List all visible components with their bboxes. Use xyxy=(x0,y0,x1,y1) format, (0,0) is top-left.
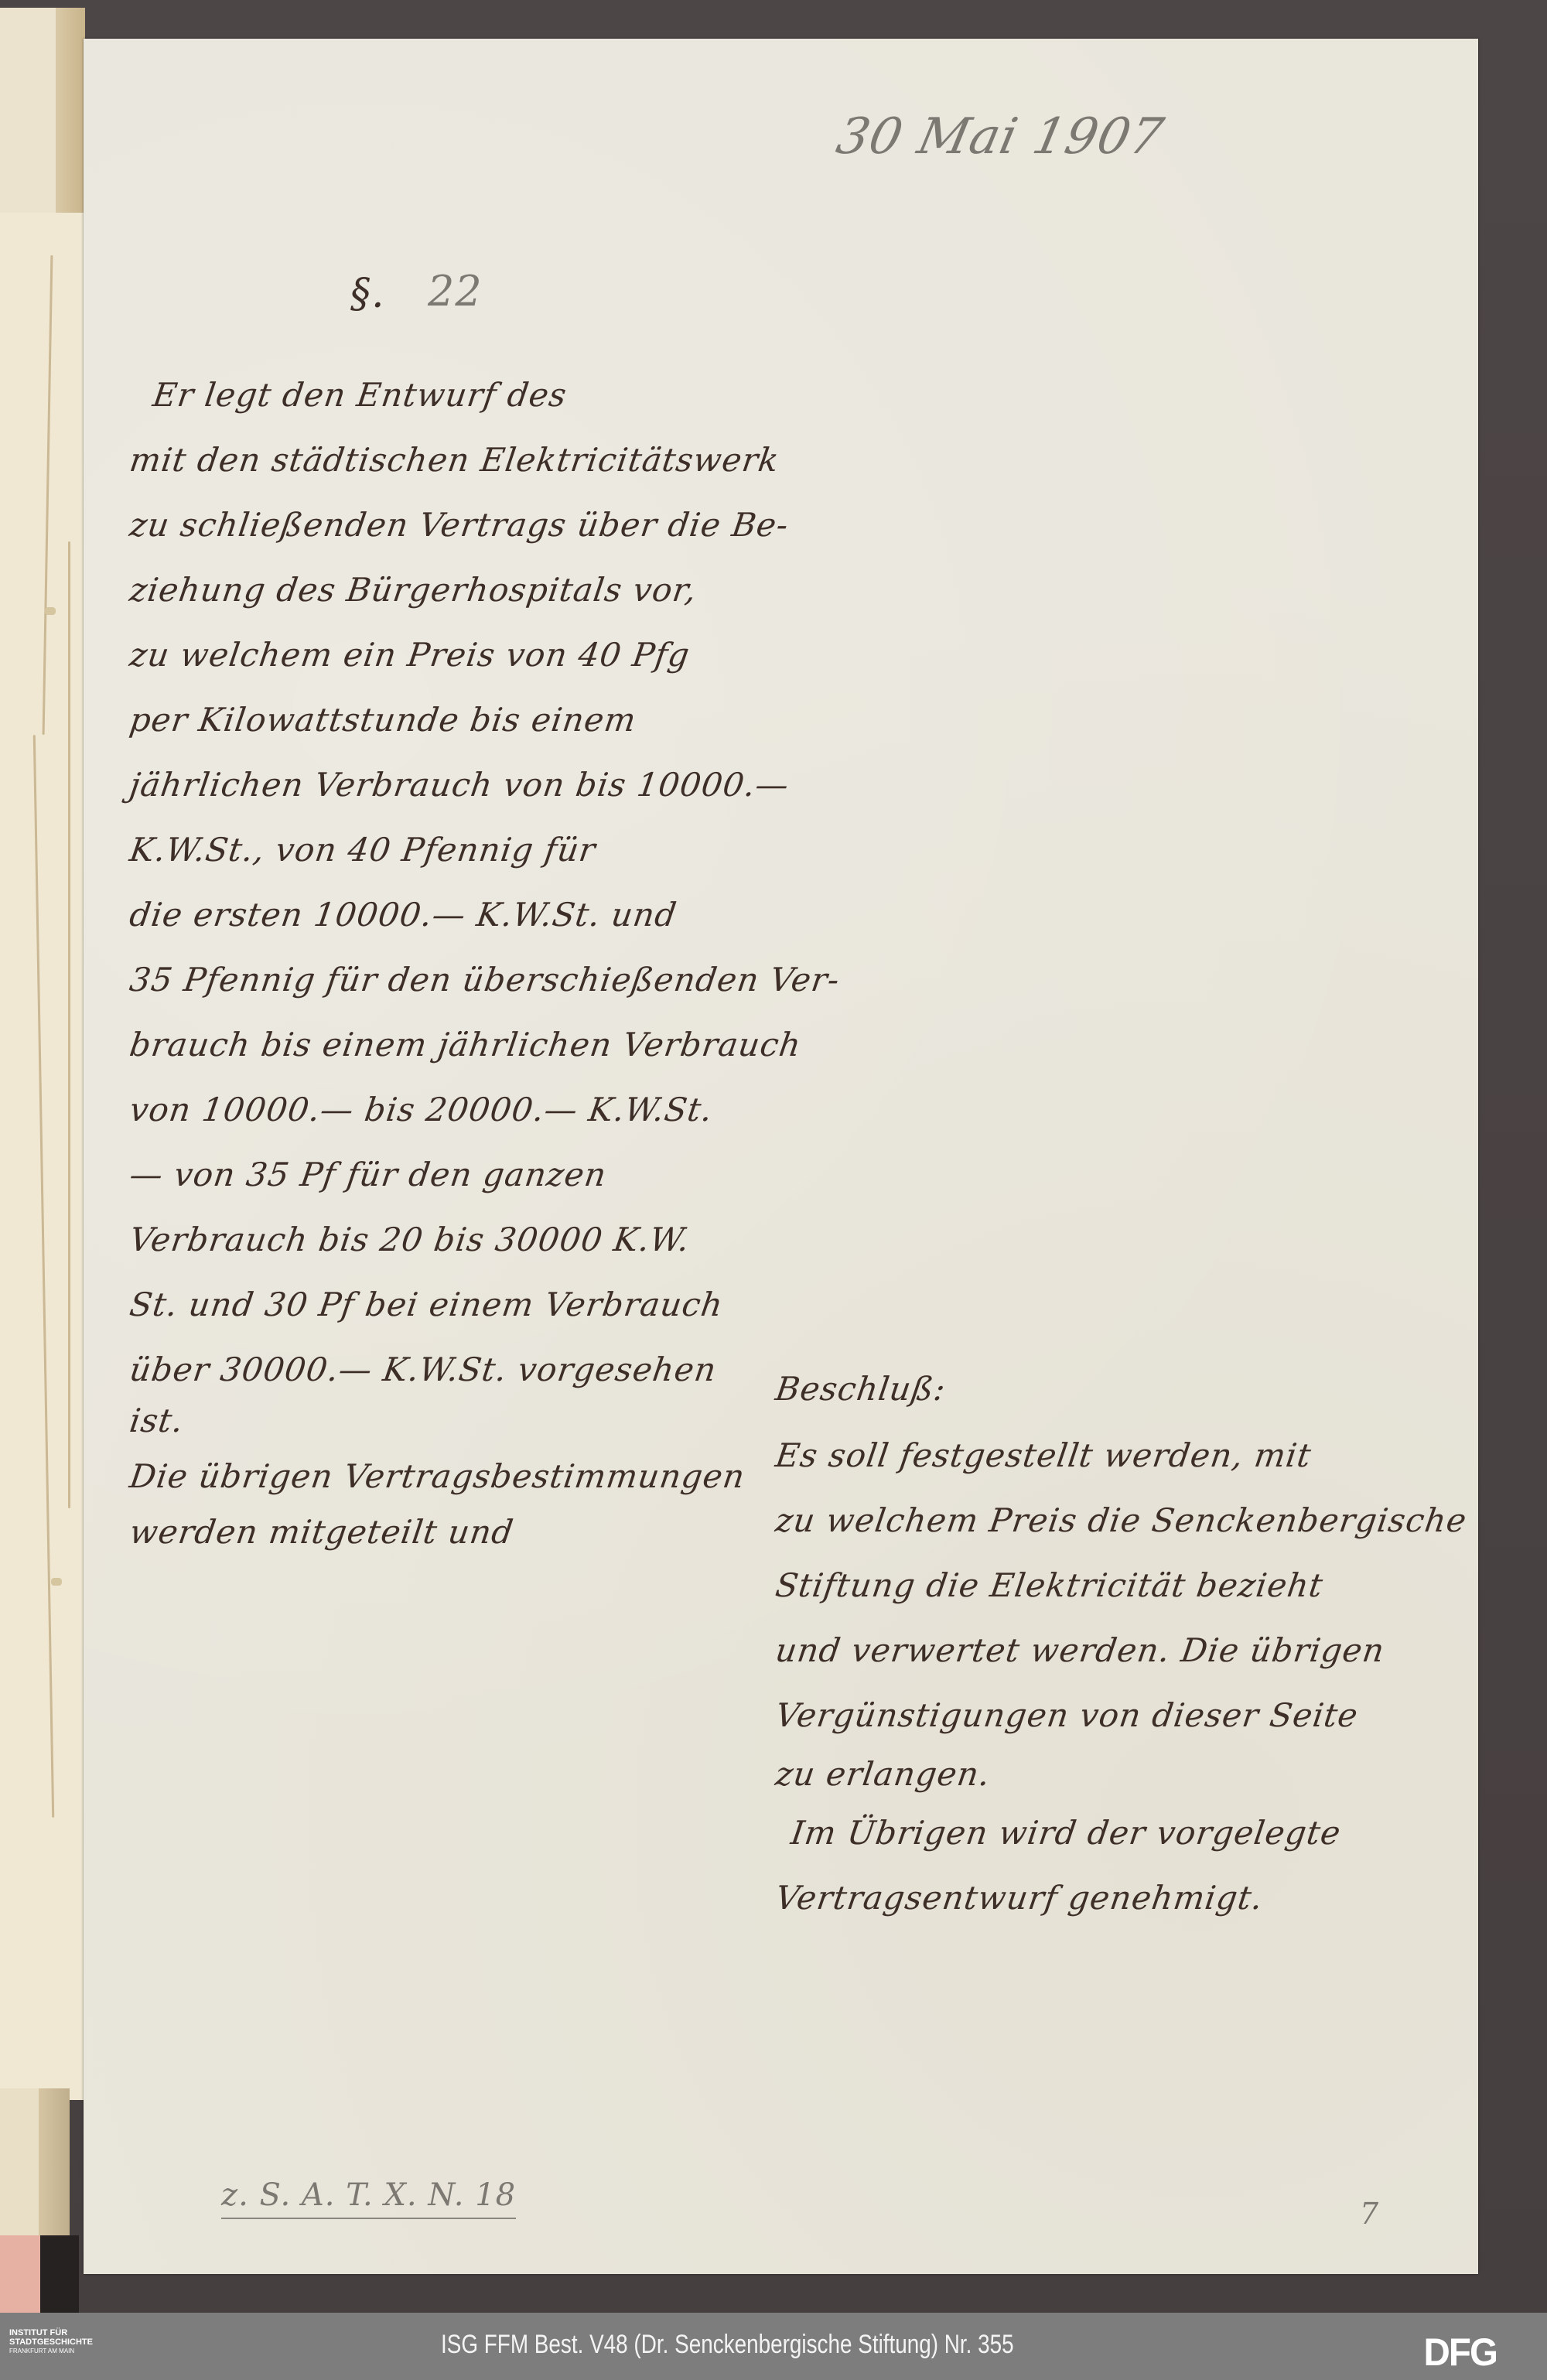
text-line: die ersten 10000.— K.W.St. und xyxy=(127,891,830,939)
institution-line-1: INSTITUT FÜR xyxy=(9,2328,93,2337)
section-marker: §. xyxy=(350,271,385,317)
text-line: über 30000.— K.W.St. vorgesehen xyxy=(127,1346,830,1394)
resolution-line: Im Übrigen wird der vorgelegte xyxy=(788,1809,1491,1857)
text-line: jährlichen Verbrauch von bis 10000.— xyxy=(127,761,830,809)
archive-note: z. S. A. T. X. N. 18 xyxy=(221,2177,516,2219)
text-line: — von 35 Pf für den ganzen xyxy=(127,1151,830,1199)
folio-number: 7 xyxy=(1360,2197,1379,2231)
pink-tab xyxy=(0,2235,40,2313)
resolution-heading: Beschluß: xyxy=(773,1365,1491,1413)
dfg-logo-icon: DFG xyxy=(1423,2330,1497,2375)
institution-logo: INSTITUT FÜR STADTGESCHICHTE FRANKFURT A… xyxy=(9,2328,93,2356)
text-line: ist. xyxy=(127,1397,830,1445)
text-line: zu schließenden Vertrags über die Be- xyxy=(127,501,830,549)
resolution-line: zu erlangen. xyxy=(773,1750,1491,1798)
binding-knot xyxy=(45,607,56,615)
section-number: 22 xyxy=(428,267,483,316)
text-line: mit den städtischen Elektricitätswerk xyxy=(127,436,830,484)
binding-bottom-shadow xyxy=(39,2088,70,2235)
resolution-line: und verwertet werden. Die übrigen xyxy=(773,1627,1491,1675)
resolution-line: Vergünstigungen von dieser Seite xyxy=(773,1692,1491,1740)
date-annotation: 30 Mai 1907 xyxy=(832,108,1169,166)
resolution-line: Es soll festgestellt werden, mit xyxy=(773,1432,1491,1480)
resolution-line: Stiftung die Elektricität bezieht xyxy=(773,1562,1491,1610)
text-line: ziehung des Bürgerhospitals vor, xyxy=(127,566,830,614)
manuscript-page: 30 Mai 1907 §. 22 Er legt den Entwurf de… xyxy=(84,39,1478,2274)
text-line: Er legt den Entwurf des xyxy=(150,371,830,419)
main-text-block: Er legt den Entwurf des mit den städtisc… xyxy=(130,371,826,1559)
text-line: K.W.St., von 40 Pfennig für xyxy=(127,826,830,874)
text-line: Verbrauch bis 20 bis 30000 K.W. xyxy=(127,1216,830,1264)
text-line: von 10000.— bis 20000.— K.W.St. xyxy=(127,1086,830,1134)
text-line: per Kilowattstunde bis einem xyxy=(127,696,830,744)
binding-top-shadow xyxy=(56,8,85,213)
text-line: St. und 30 Pf bei einem Verbrauch xyxy=(127,1281,830,1329)
institution-line-2: STADTGESCHICHTE xyxy=(9,2337,93,2347)
archive-reference: ISG FFM Best. V48 (Dr. Senckenbergische … xyxy=(441,2330,1014,2360)
text-line: Die übrigen Vertragsbestimmungen xyxy=(127,1453,830,1501)
dark-corner xyxy=(40,2235,79,2313)
text-line: werden mitgeteilt und xyxy=(127,1508,830,1556)
archive-footer-bar: INSTITUT FÜR STADTGESCHICHTE FRANKFURT A… xyxy=(0,2313,1547,2380)
binding-knot xyxy=(51,1578,62,1586)
resolution-line: zu welchem Preis die Senckenbergische xyxy=(773,1497,1491,1545)
resolution-block: Beschluß: Es soll festgestellt werden, m… xyxy=(776,1365,1487,1925)
resolution-line: Vertragsentwurf genehmigt. xyxy=(773,1874,1491,1922)
text-line: brauch bis einem jährlichen Verbrauch xyxy=(127,1021,830,1069)
binding-thread xyxy=(68,541,70,1508)
institution-line-3: FRANKFURT AM MAIN xyxy=(9,2347,93,2356)
text-line: zu welchem ein Preis von 40 Pfg xyxy=(127,631,830,679)
text-line: 35 Pfennig für den überschießenden Ver- xyxy=(127,956,830,1004)
